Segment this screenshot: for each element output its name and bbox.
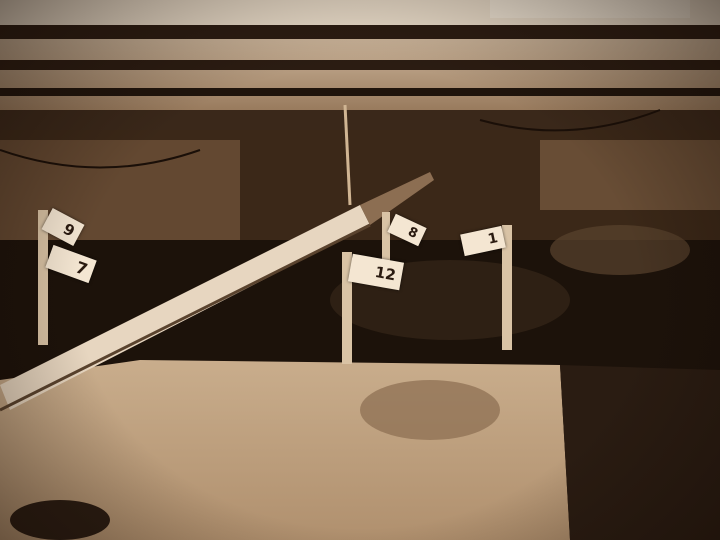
marker-label: 9 <box>60 220 78 241</box>
sepia-photograph: 9 7 8 12 1 <box>0 0 720 540</box>
marker-label: 8 <box>406 224 421 241</box>
marker-label: 12 <box>374 263 398 284</box>
marker-label: 7 <box>73 257 90 279</box>
marker-label: 1 <box>486 230 499 248</box>
